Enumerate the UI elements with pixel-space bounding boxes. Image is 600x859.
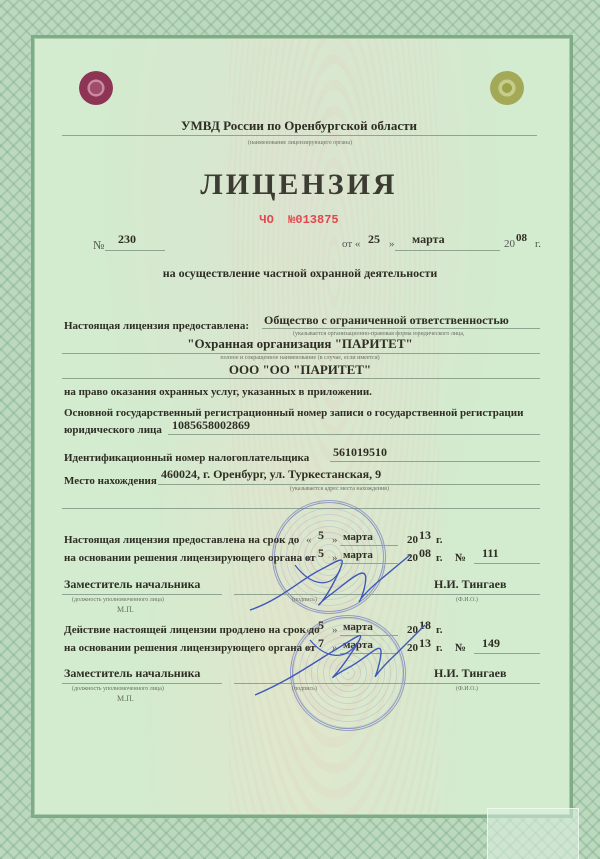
underline (474, 653, 540, 654)
underline (262, 328, 540, 329)
underline (474, 563, 540, 564)
number-prefix: № (93, 238, 104, 253)
underline (234, 683, 540, 684)
date-year-prefix: 20 (504, 238, 515, 250)
underline (330, 461, 540, 462)
order-prefix: № (455, 642, 466, 654)
validity-basis-year-prefix: 20 (407, 552, 418, 564)
underline (62, 594, 222, 595)
quote: » (332, 624, 338, 636)
quote: « (306, 552, 312, 564)
licensee-label: Настоящая лицензия предоставлена: (64, 320, 249, 332)
signer-name-hint: (Ф.И.О.) (456, 686, 478, 692)
full-name-hint: полное и сокращенное наименование (в слу… (0, 355, 600, 361)
seal-place: М.П. (117, 694, 134, 703)
form-number: №013875 (288, 213, 338, 227)
issuing-authority-hint: (наименование лицензирующего органа) (0, 140, 600, 146)
quote: » (332, 534, 338, 546)
licensee-rights: на право оказания охранных услуг, указан… (64, 386, 372, 398)
page-title: ЛИЦЕНЗИЯ (31, 168, 567, 202)
signer-position-hint: (должность уполномоченного лица) (72, 686, 164, 692)
extension-term-year: 18 (419, 618, 431, 633)
quote: « (306, 642, 312, 654)
license-number: 230 (118, 232, 136, 247)
validity-signer-name: Н.И. Тингаев (434, 577, 506, 592)
underline (340, 545, 398, 546)
signer-position-hint: (должность уполномоченного лица) (72, 597, 164, 603)
extension-term-month: марта (343, 621, 373, 633)
extension-term-day: 5 (318, 618, 324, 633)
year-unit: г. (436, 642, 443, 654)
order-prefix: № (455, 552, 466, 564)
date-year: 08 (516, 232, 527, 244)
divider (62, 135, 537, 136)
license-purpose: на осуществление частной охранной деятел… (0, 266, 600, 281)
extension-basis-year: 13 (419, 636, 431, 651)
ogrn-label: Основной государственный регистрационный… (64, 407, 523, 419)
form-serial: ЧО №013875 (31, 213, 567, 227)
form-series: ЧО (259, 213, 273, 227)
extension-basis-month: марта (343, 639, 373, 651)
signature-hint: (подпись) (292, 597, 317, 603)
validity-term-year: 13 (419, 528, 431, 543)
underline (168, 434, 540, 435)
underline (340, 653, 398, 654)
licensee-full-name: "Охранная организация "ПАРИТЕТ" (0, 336, 600, 352)
underline (62, 683, 222, 684)
inn-label: Идентификационный номер налогоплательщик… (64, 452, 309, 464)
quote: « (306, 624, 312, 636)
extension-term-year-prefix: 20 (407, 624, 418, 636)
licensee-short-name: ООО "ОО "ПАРИТЕТ" (0, 362, 600, 378)
ogrn-label-2: юридического лица (64, 424, 162, 436)
underline (340, 635, 398, 636)
underline (340, 563, 398, 564)
extension-basis-day: 7 (318, 636, 324, 651)
underline (62, 378, 540, 379)
address-value: 460024, г. Оренбург, ул. Туркестанская, … (161, 467, 381, 482)
issuing-authority: УМВД России по Оренбургской области (31, 118, 567, 134)
address-label: Место нахождения (64, 475, 157, 487)
validity-basis-day: 5 (318, 546, 324, 561)
quote: » (332, 552, 338, 564)
underline (62, 353, 540, 354)
date-year-unit: г. (535, 238, 541, 250)
validity-term-month: марта (343, 531, 373, 543)
year-unit: г. (436, 534, 443, 546)
validity-basis-year: 08 (419, 546, 431, 561)
quote: » (332, 642, 338, 654)
seal-place: М.П. (117, 605, 134, 614)
licensee-legal-form: Общество с ограниченной ответственностью (264, 313, 509, 328)
underline (395, 250, 500, 251)
year-unit: г. (436, 552, 443, 564)
signer-name-hint: (Ф.И.О.) (456, 597, 478, 603)
validity-basis-month: марта (343, 549, 373, 561)
extension-basis-year-prefix: 20 (407, 642, 418, 654)
extension-signer-position: Заместитель начальника (64, 666, 200, 681)
security-rosette-icon (79, 71, 113, 105)
license-document: УМВД России по Оренбургской области (наи… (0, 0, 600, 859)
extension-signer-name: Н.И. Тингаев (434, 666, 506, 681)
date-month: марта (412, 232, 445, 247)
validity-term-year-prefix: 20 (407, 534, 418, 546)
signature-hint: (подпись) (292, 686, 317, 692)
validity-order-number: 111 (482, 546, 499, 561)
year-unit: г. (436, 624, 443, 636)
hologram-area (487, 808, 579, 859)
validity-term-label: Настоящая лицензия предоставлена на срок… (64, 534, 299, 546)
quote: « (306, 534, 312, 546)
extension-basis-label: на основании решения лицензирующего орга… (64, 642, 316, 654)
extension-order-number: 149 (482, 636, 500, 651)
underline (158, 484, 540, 485)
validity-basis-label: на основании решения лицензирующего орга… (64, 552, 316, 564)
address-hint: (указывается адрес места нахождения) (290, 486, 389, 492)
date-quote: » (389, 238, 395, 250)
inn-value: 561019510 (333, 445, 387, 460)
extension-term-label: Действие настоящей лицензии продлено на … (64, 624, 320, 636)
date-prefix: от « (342, 238, 360, 250)
ogrn-value: 1085658002869 (172, 418, 250, 433)
validity-term-day: 5 (318, 528, 324, 543)
validity-signer-position: Заместитель начальника (64, 577, 200, 592)
date-day: 25 (368, 232, 380, 247)
underline (105, 250, 165, 251)
security-rosette-icon (490, 71, 524, 105)
underline (234, 594, 540, 595)
